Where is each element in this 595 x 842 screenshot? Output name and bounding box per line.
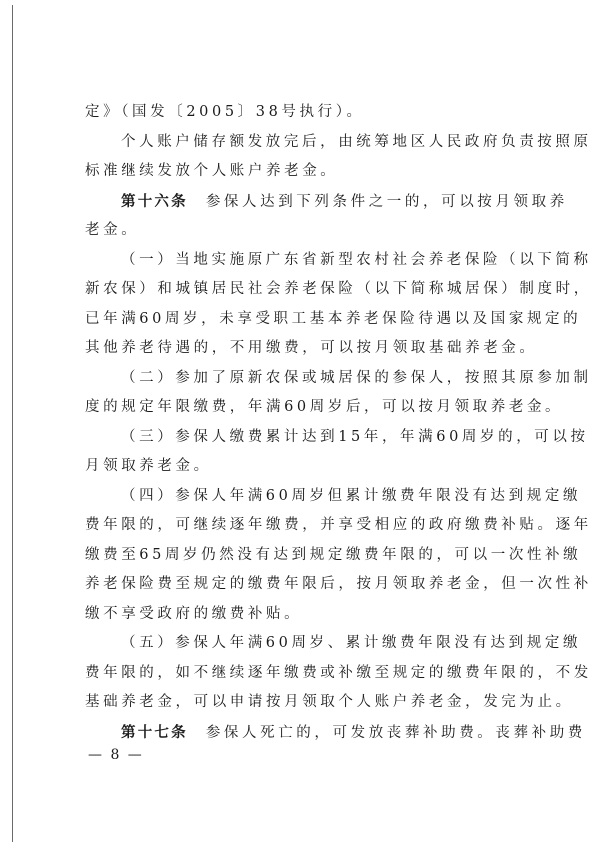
- text-line: 缴不享受政府的缴费补贴。: [85, 600, 525, 630]
- paragraph-line: 个人账户储存额发放完后，由统筹地区人民政府负责按照原: [85, 128, 525, 158]
- text-line: 老金。: [85, 216, 525, 246]
- text-line: 已年满60周岁，未享受职工基本养老保险待遇以及国家规定的: [85, 305, 525, 335]
- article-text: 参保人达到下列条件之一的，可以按月领取养: [206, 194, 568, 210]
- text-line: 费年限的，如不继续逐年缴费或补缴至规定的缴费年限的，不发: [85, 659, 525, 689]
- text-line: 缴费至65周岁仍然没有达到规定缴费年限的，可以一次性补缴: [85, 541, 525, 571]
- clause-1-line: （一）当地实施原广东省新型农村社会养老保险（以下简称: [85, 246, 525, 276]
- clause-5-line: （五）参保人年满60周岁、累计缴费年限没有达到规定缴: [85, 629, 525, 659]
- article-heading: 第十七条: [121, 724, 188, 741]
- text-line: 养老保险费至规定的缴费年限后，按月领取养老金，但一次性补: [85, 570, 525, 600]
- text-line: 度的规定年限缴费，年满60周岁后，可以按月领取养老金。: [85, 393, 525, 423]
- text-line: 标准继续发放个人账户养老金。: [85, 157, 525, 187]
- article-16-line: 第十六条参保人达到下列条件之一的，可以按月领取养: [85, 187, 525, 217]
- article-17-line: 第十七条参保人死亡的，可发放丧葬补助费。丧葬补助费: [85, 718, 525, 748]
- text-line: 新农保）和城镇居民社会养老保险（以下简称城居保）制度时，: [85, 275, 525, 305]
- binding-line: [12, 5, 13, 842]
- clause-4-line: （四）参保人年满60周岁但累计缴费年限没有达到规定缴: [85, 482, 525, 512]
- article-heading: 第十六条: [121, 193, 188, 210]
- text-line: 费年限的，可继续逐年缴费，并享受相应的政府缴费补贴。逐年: [85, 511, 525, 541]
- clause-2-line: （二）参加了原新农保或城居保的参保人，按照其原参加制: [85, 364, 525, 394]
- page-number: — 8 —: [88, 747, 144, 763]
- text-line: 月领取养老金。: [85, 452, 525, 482]
- document-body: 定》（国发〔2005〕38号执行）。 个人账户储存额发放完后，由统筹地区人民政府…: [85, 98, 525, 747]
- text-line: 定》（国发〔2005〕38号执行）。: [85, 98, 525, 128]
- text-line: 其他养老待遇的，不用缴费，可以按月领取基础养老金。: [85, 334, 525, 364]
- clause-3-line: （三）参保人缴费累计达到15年，年满60周岁的，可以按: [85, 423, 525, 453]
- article-text: 参保人死亡的，可发放丧葬补助费。丧葬补助费: [206, 725, 586, 741]
- text-line: 基础养老金，可以申请按月领取个人账户养老金，发完为止。: [85, 688, 525, 718]
